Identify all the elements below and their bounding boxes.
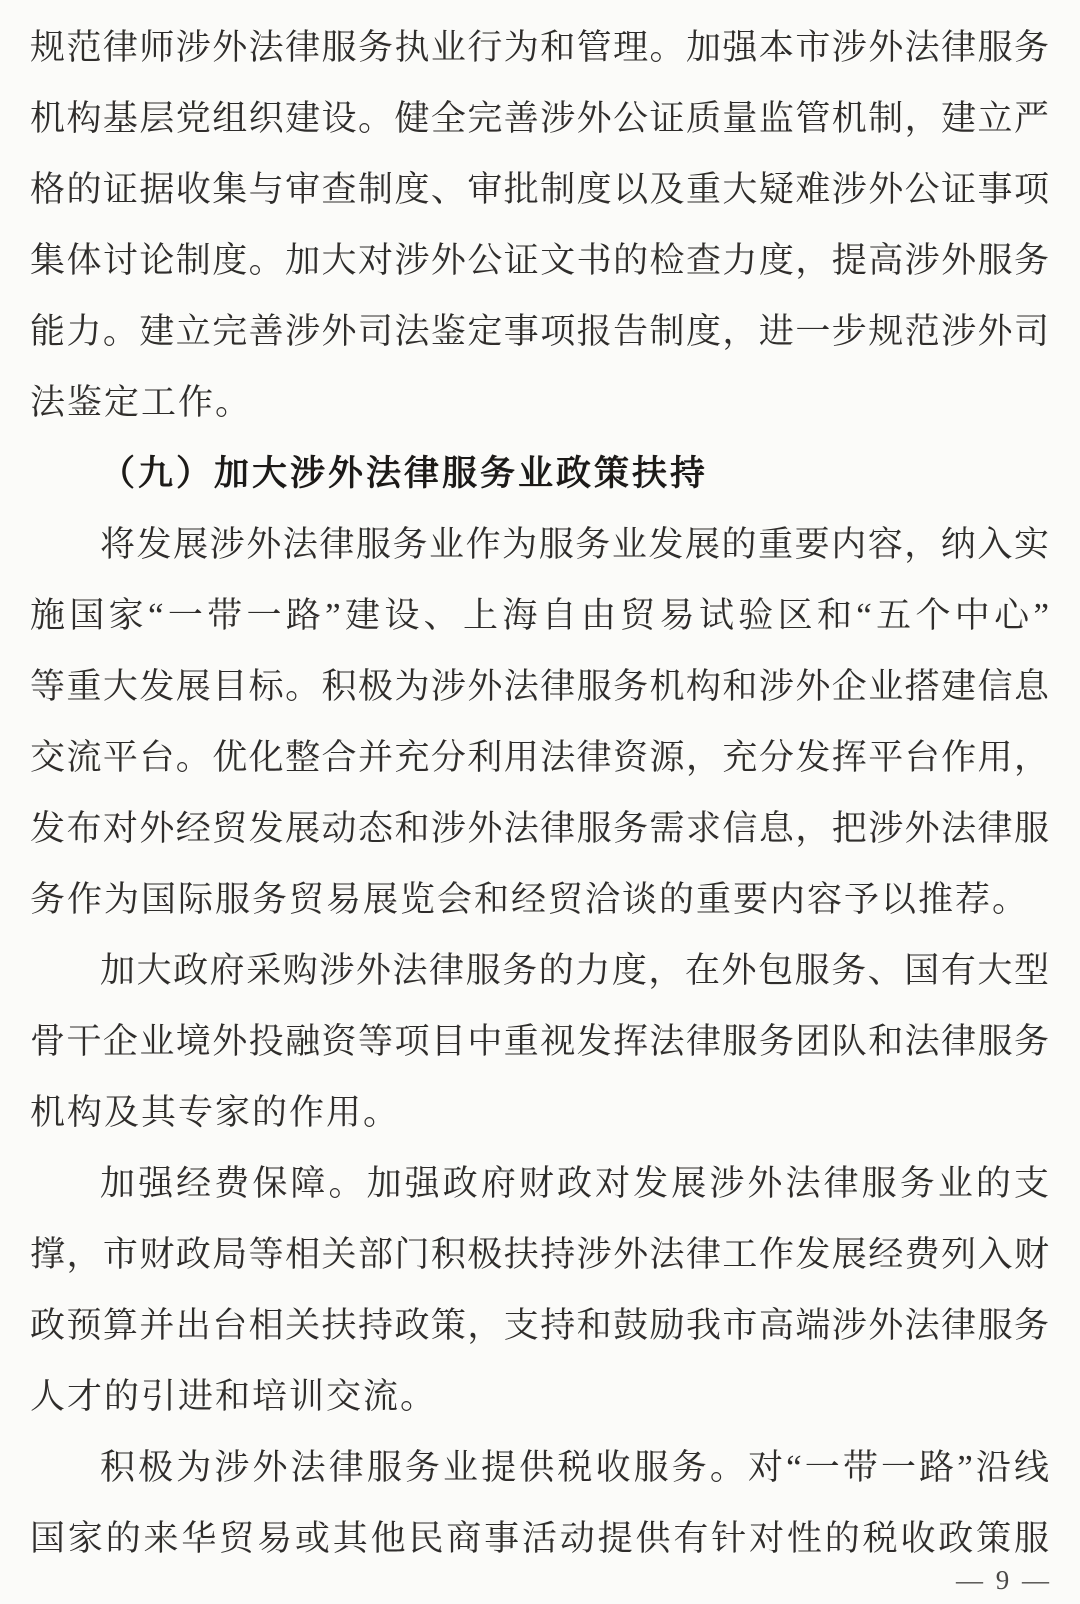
text-line: 规范律师涉外法律服务执业行为和管理。加强本市涉外法律服务 <box>30 12 1050 83</box>
text-line: 骨干企业境外投融资等项目中重视发挥法律服务团队和法律服务 <box>30 1006 1050 1077</box>
text-line: 交流平台。优化整合并充分利用法律资源，充分发挥平台作用， <box>30 722 1050 793</box>
text-line: 机构基层党组织建设。健全完善涉外公证质量监管机制，建立严 <box>30 83 1050 154</box>
text-line: 撑，市财政局等相关部门积极扶持涉外法律工作发展经费列入财 <box>30 1219 1050 1290</box>
text-line: 机构及其专家的作用。 <box>30 1077 1050 1148</box>
text-line: 加大政府采购涉外法律服务的力度，在外包服务、国有大型 <box>30 935 1050 1006</box>
text-line: 法鉴定工作。 <box>30 367 1050 438</box>
text-line: 政预算并出台相关扶持政策，支持和鼓励我市高端涉外法律服务 <box>30 1290 1050 1361</box>
text-line: 国家的来华贸易或其他民商事活动提供有针对性的税收政策服 <box>30 1503 1050 1574</box>
text-line: 加强经费保障。加强政府财政对发展涉外法律服务业的支 <box>30 1148 1050 1219</box>
page-number: — 9 — <box>956 1565 1052 1596</box>
section-heading: （九）加大涉外法律服务业政策扶持 <box>30 438 1050 509</box>
text-line: 积极为涉外法律服务业提供税收服务。对“一带一路”沿线 <box>30 1432 1050 1503</box>
text-line: 发布对外经贸发展动态和涉外法律服务需求信息，把涉外法律服 <box>30 793 1050 864</box>
text-line: 将发展涉外法律服务业作为服务业发展的重要内容，纳入实 <box>30 509 1050 580</box>
text-line: 务作为国际服务贸易展览会和经贸洽谈的重要内容予以推荐。 <box>30 864 1050 935</box>
text-line: 人才的引进和培训交流。 <box>30 1361 1050 1432</box>
text-line: 施国家“一带一路”建设、上海自由贸易试验区和“五个中心” <box>30 580 1050 651</box>
text-line: 等重大发展目标。积极为涉外法律服务机构和涉外企业搭建信息 <box>30 651 1050 722</box>
text-line: 能力。建立完善涉外司法鉴定事项报告制度，进一步规范涉外司 <box>30 296 1050 367</box>
text-line: 格的证据收集与审查制度、审批制度以及重大疑难涉外公证事项 <box>30 154 1050 225</box>
document-page: 规范律师涉外法律服务执业行为和管理。加强本市涉外法律服务 机构基层党组织建设。健… <box>0 0 1080 1604</box>
text-line: 集体讨论制度。加大对涉外公证文书的检查力度，提高涉外服务 <box>30 225 1050 296</box>
